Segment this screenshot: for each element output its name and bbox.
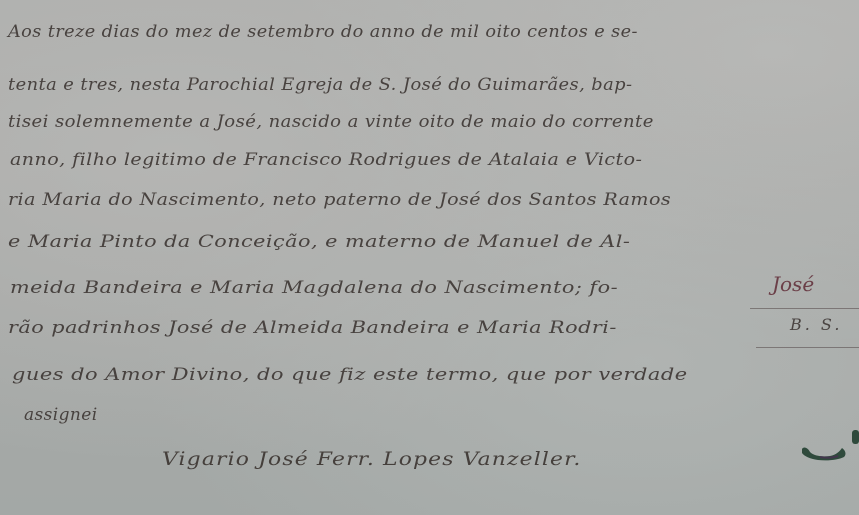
ink-blot-icon (800, 445, 848, 463)
text-line-1: Aos treze dias do mez de setembro do ann… (8, 22, 638, 42)
margin-code: B. S. (790, 315, 842, 334)
text-line-9: gues do Amor Divino, do que fiz este ter… (12, 365, 688, 385)
text-line-5: ria Maria do Nascimento, neto paterno de… (8, 190, 671, 210)
text-line-4: anno, filho legitimo de Francisco Rodrig… (10, 150, 642, 170)
text-line-3: tisei solemnemente a José, nascido a vin… (8, 112, 654, 132)
text-line-6: e Maria Pinto da Conceição, e materno de… (8, 232, 630, 252)
margin-name: José (772, 272, 814, 296)
text-line-10: assignei (24, 405, 98, 425)
margin-rule-top (750, 308, 859, 309)
text-line-2: tenta e tres, nesta Parochial Egreja de … (8, 75, 632, 95)
text-line-8: rão padrinhos José de Almeida Bandeira e… (8, 318, 617, 338)
ink-mark (852, 430, 859, 444)
priest-signature: Vigario José Ferr. Lopes Vanzeller. (162, 448, 581, 470)
margin-rule-bottom (756, 347, 859, 348)
manuscript-page: Aos treze dias do mez de setembro do ann… (0, 0, 859, 515)
text-line-7: meida Bandeira e Maria Magdalena do Nasc… (10, 278, 618, 298)
